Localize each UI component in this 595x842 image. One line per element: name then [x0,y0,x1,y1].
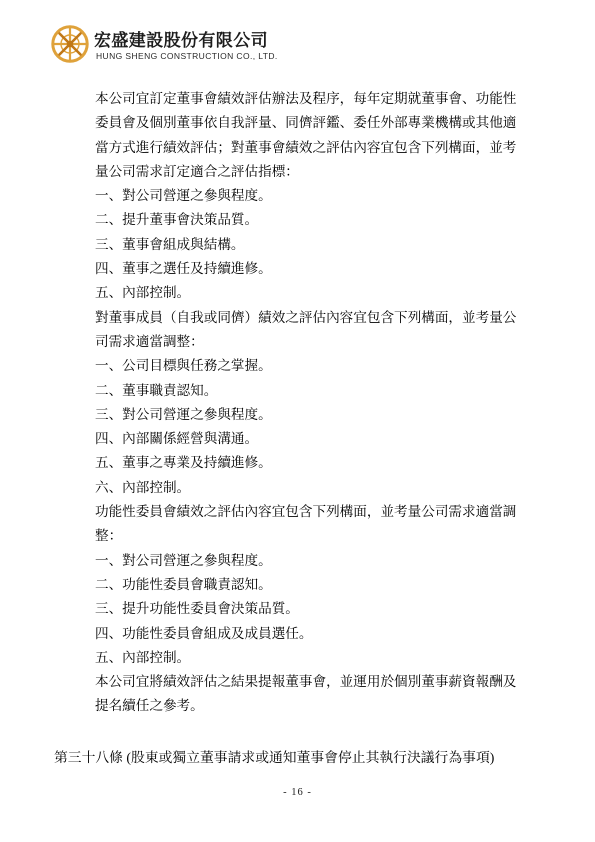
body-line: 對董事成員（自我或同儕）績效之評估內容宜包含下列構面，並考量公 [95,306,521,330]
company-logo-icon [50,24,90,64]
body-line: 司需求適當調整： [95,330,521,354]
body-line: 一、公司目標與任務之掌握。 [95,354,521,378]
body-line: 二、功能性委員會職責認知。 [95,573,521,597]
body-line: 三、提升功能性委員會決策品質。 [95,597,521,621]
body-line: 一、對公司營運之參與程度。 [95,549,521,573]
body-line: 四、功能性委員會組成及成員選任。 [95,622,521,646]
page-number: - 16 - [0,787,595,798]
body-line: 六、內部控制。 [95,476,521,500]
body-line: 五、內部控制。 [95,646,521,670]
body-line: 本公司宜將績效評估之結果提報董事會，並運用於個別董事薪資報酬及 [95,670,521,694]
body-line: 五、董事之專業及持續進修。 [95,451,521,475]
body-line: 本公司宜訂定董事會績效評估辦法及程序，每年定期就董事會、功能性 [95,87,521,111]
company-name-zh: 宏盛建設股份有限公司 [94,26,268,51]
body-line: 二、董事職責認知。 [95,379,521,403]
body-line: 當方式進行績效評估；對董事會績效之評估內容宜包含下列構面，並考 [95,136,521,160]
article-heading: 第三十八條 (股東或獨立董事請求或通知董事會停止其執行決議行為事項) [54,746,494,766]
body-line: 功能性委員會績效之評估內容宜包含下列構面，並考量公司需求適當調 [95,500,521,524]
body-line: 提名續任之參考。 [95,694,521,718]
body-line: 一、對公司營運之參與程度。 [95,184,521,208]
body-line: 四、董事之選任及持續進修。 [95,257,521,281]
body-line: 三、對公司營運之參與程度。 [95,403,521,427]
body-line: 三、董事會組成與結構。 [95,233,521,257]
body-line: 量公司需求訂定適合之評估指標： [95,160,521,184]
body-line: 四、內部關係經營與溝通。 [95,427,521,451]
company-name-en: HUNG SHENG CONSTRUCTION CO., LTD. [96,51,278,61]
body-line: 委員會及個別董事依自我評量、同儕評鑑、委任外部專業機構或其他適 [95,111,521,135]
body-line: 五、內部控制。 [95,281,521,305]
document-page: 宏盛建設股份有限公司 HUNG SHENG CONSTRUCTION CO., … [0,0,595,842]
company-header: 宏盛建設股份有限公司 HUNG SHENG CONSTRUCTION CO., … [0,0,595,80]
document-body: 本公司宜訂定董事會績效評估辦法及程序，每年定期就董事會、功能性委員會及個別董事依… [95,87,521,719]
body-line: 整： [95,524,521,548]
body-line: 二、提升董事會決策品質。 [95,208,521,232]
